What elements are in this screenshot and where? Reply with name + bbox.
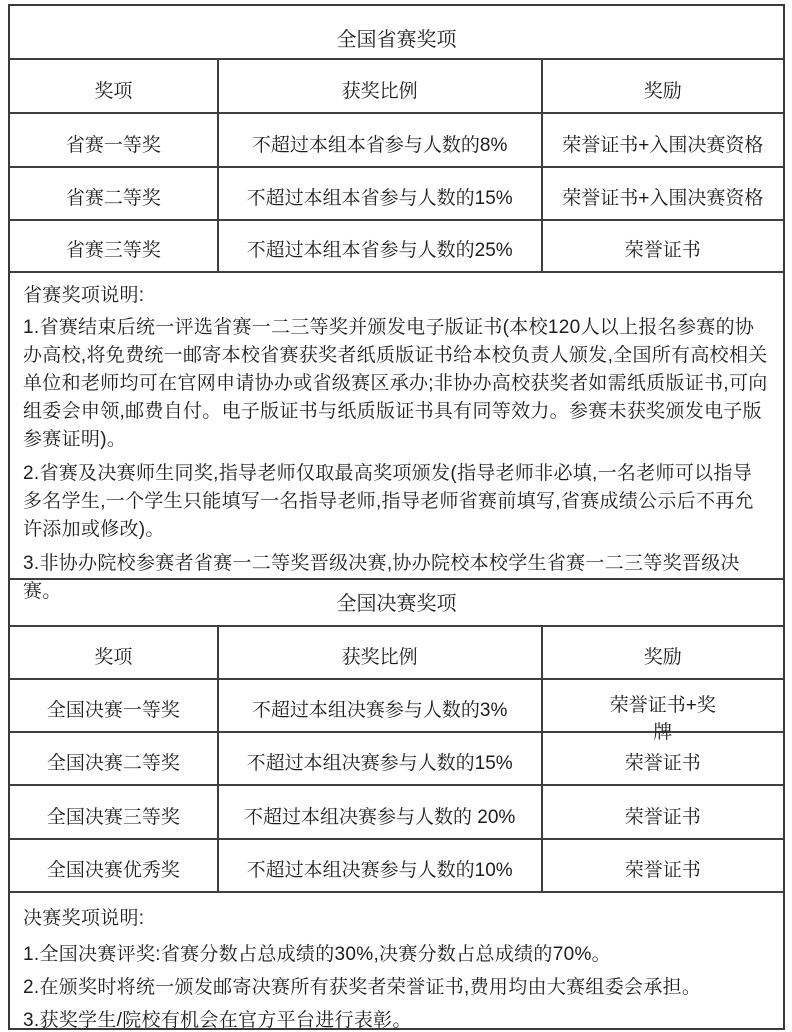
provincial-row2-reward: 荣誉证书+入围决赛资格 [543,168,783,219]
provincial-row3-ratio: 不超过本组本省参与人数的25% [219,221,543,271]
award-rules-document: 全国省赛奖项 奖项 获奖比例 奖励 省赛一等奖 不超过本组本省参与人数的8% 荣… [8,4,785,1030]
table-row: 省赛三等奖 不超过本组本省参与人数的25% 荣誉证书 [10,221,783,273]
final-row1-ratio: 不超过本组决赛参与人数的3% [219,680,543,731]
final-row2-award: 全国决赛二等奖 [10,733,219,784]
provincial-header-ratio: 获奖比例 [219,60,543,112]
final-row1-reward-text: 荣誉证书+奖牌 [604,692,722,746]
provincial-row3-reward: 荣誉证书 [543,221,783,271]
final-row4-reward: 荣誉证书 [543,840,783,891]
provincial-row1-ratio: 不超过本组本省参与人数的8% [219,114,543,166]
final-row1-reward: 荣誉证书+奖牌 [543,680,783,731]
provincial-row3-award: 省赛三等奖 [10,221,219,271]
final-table-title: 全国决赛奖项 [10,580,783,627]
final-notes: 决赛奖项说明: 1.全国决赛评奖:省赛分数占总成绩的30%,决赛分数占总成绩的7… [10,893,783,1030]
final-notes-heading: 决赛奖项说明: [23,902,770,935]
provincial-note-1: 1.省赛结束后统一评选省赛一二三等奖并颁发电子版证书(本校120人以上报名参赛的… [23,314,770,454]
final-note-1: 1.全国决赛评奖:省赛分数占总成绩的30%,决赛分数占总成绩的70%。 [23,938,770,971]
table-row: 全国决赛优秀奖 不超过本组决赛参与人数的10% 荣誉证书 [10,840,783,893]
provincial-notes-heading: 省赛奖项说明: [23,282,770,310]
final-row3-award: 全国决赛三等奖 [10,786,219,838]
final-row2-ratio: 不超过本组决赛参与人数的15% [219,733,543,784]
final-header-award: 奖项 [10,627,219,678]
provincial-row1-award: 省赛一等奖 [10,114,219,166]
final-row1-award: 全国决赛一等奖 [10,680,219,731]
provincial-notes: 省赛奖项说明: 1.省赛结束后统一评选省赛一二三等奖并颁发电子版证书(本校120… [10,273,783,580]
provincial-row1-reward: 荣誉证书+入围决赛资格 [543,114,783,166]
provincial-header-award: 奖项 [10,60,219,112]
provincial-row2-ratio: 不超过本组本省参与人数的15% [219,168,543,219]
final-row3-reward: 荣誉证书 [543,786,783,838]
provincial-table-title-text: 全国省赛奖项 [337,23,457,52]
final-row4-award: 全国决赛优秀奖 [10,840,219,891]
provincial-header-reward: 奖励 [543,60,783,112]
final-header-reward: 奖励 [543,627,783,678]
provincial-note-2: 2.省赛及决赛师生同奖,指导老师仅取最高奖项颁发(指导老师非必填,一名老师可以指… [23,460,770,544]
provincial-table-title: 全国省赛奖项 [10,6,783,60]
table-row: 全国决赛三等奖 不超过本组决赛参与人数的 20% 荣誉证书 [10,786,783,840]
final-note-2: 2.在颁奖时将统一颁发邮寄决赛所有获奖者荣誉证书,费用均由大赛组委会承担。 [23,971,770,1004]
final-row4-ratio: 不超过本组决赛参与人数的10% [219,840,543,891]
final-row3-ratio: 不超过本组决赛参与人数的 20% [219,786,543,838]
provincial-table-header-row: 奖项 获奖比例 奖励 [10,60,783,114]
table-row: 省赛一等奖 不超过本组本省参与人数的8% 荣誉证书+入围决赛资格 [10,114,783,168]
final-table-title-text: 全国决赛奖项 [337,587,457,616]
final-header-ratio: 获奖比例 [219,627,543,678]
table-row: 全国决赛一等奖 不超过本组决赛参与人数的3% 荣誉证书+奖牌 [10,680,783,733]
final-note-3: 3.获奖学生/院校有机会在官方平台进行表彰。 [23,1004,770,1030]
provincial-row2-award: 省赛二等奖 [10,168,219,219]
final-table-header-row: 奖项 获奖比例 奖励 [10,627,783,680]
table-row: 省赛二等奖 不超过本组本省参与人数的15% 荣誉证书+入围决赛资格 [10,168,783,221]
